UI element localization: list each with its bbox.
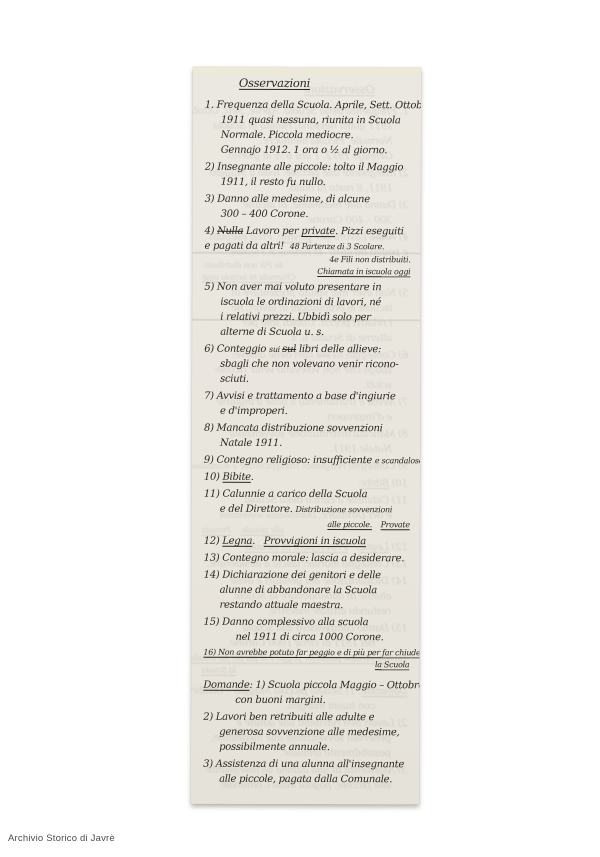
- list-item: 7) Avvisi e trattamento a base d'ingiuri…: [204, 389, 414, 420]
- handwriting-line: iscuola le ordinazioni di lavori, né: [220, 295, 414, 311]
- handwriting-line: 3) Danno alle medesime, di alcune: [205, 192, 415, 208]
- handwriting-line: 2) Lavori ben retribuiti alle adulte e: [203, 710, 413, 726]
- list-item: 1. Frequenza della Scuola. Aprile, Sett.…: [205, 98, 415, 159]
- handwriting-text: Domande: [203, 680, 249, 691]
- handwriting-text: 2) Lavori ben retribuiti alle adulte e: [203, 712, 374, 723]
- handwriting-text: 3) Assistenza di una alunna all'insegnan…: [203, 759, 404, 771]
- handwriting-line: 16) Non avrebbe potuto far peggio e di p…: [203, 647, 413, 660]
- handwriting-text: 4): [205, 226, 218, 237]
- list-item: 13) Contegno morale: lascia a desiderare…: [204, 551, 414, 567]
- handwriting-line: Normale. Piccola mediocre.: [221, 128, 415, 144]
- observations-list: 1. Frequenza della Scuola. Aprile, Sett.…: [203, 98, 414, 672]
- handwriting-line: 6) Conteggio sui sul libri delle allieve…: [204, 342, 414, 358]
- handwriting-line: e d'improperi.: [220, 404, 414, 420]
- handwriting-text: iscuola le ordinazioni di lavori, né: [220, 297, 381, 308]
- handwriting-text: Provate: [381, 520, 410, 529]
- handwriting-text: nel 1911 di circa 1000 Corone.: [235, 632, 383, 643]
- list-item: 6) Conteggio sui sul libri delle allieve…: [204, 342, 414, 388]
- handwriting-line: 4e Fili non distribuiti.: [204, 254, 414, 267]
- handwriting-text: la Scuola: [375, 660, 409, 669]
- handwriting-line: alle piccole, pagata dalla Comunale.: [219, 772, 413, 788]
- handwriting-text: i relativi prezzi. Ubbidì solo per: [220, 312, 370, 323]
- handwriting-line: la Scuola: [203, 659, 413, 672]
- list-item: 2) Insegnante alle piccole: tolto il Mag…: [205, 160, 415, 191]
- handwriting-text: sbagli che non volevano venir ricono-: [220, 359, 398, 370]
- handwriting-text: alle piccole.: [327, 520, 372, 529]
- handwriting-line: Chiamata in iscuola oggi: [204, 266, 414, 279]
- manuscript-content: Osservazioni 1. Frequenza della Scuola. …: [191, 67, 421, 790]
- handwriting-line: Gennajo 1912. 1 ora o ½ al giorno.: [221, 143, 415, 159]
- archive-watermark: Archivio Storico di Javrè: [8, 833, 115, 844]
- handwriting-line: 2) Insegnante alle piccole: tolto il Mag…: [205, 160, 415, 176]
- list-item: 3) Danno alle medesime, di alcune300 – 4…: [205, 192, 415, 223]
- handwriting-line: 5) Non aver mai voluto presentare in: [204, 280, 414, 296]
- handwriting-text: .: [251, 472, 254, 483]
- handwriting-text: Legna: [222, 536, 252, 547]
- handwriting-text: 3) Danno alle medesime, di alcune: [205, 194, 370, 205]
- handwriting-line: 9) Contegno religioso: insufficiente e s…: [204, 453, 414, 469]
- handwriting-line: possibilmente annuale.: [219, 740, 413, 756]
- handwriting-line: 11) Calunnie a carico della Scuola: [204, 487, 414, 503]
- list-item: 10) Bibite.: [204, 470, 414, 486]
- handwriting-line: nel 1911 di circa 1000 Corone.: [235, 630, 413, 645]
- handwriting-text: Lavoro per: [243, 226, 301, 237]
- handwriting-text: sciuti.: [220, 374, 249, 385]
- handwriting-text: private: [301, 226, 335, 237]
- handwriting-line: 1. Frequenza della Scuola. Aprile, Sett.…: [205, 98, 415, 114]
- handwriting-line: e pagati da altri! 48 Partenze di 3 Scol…: [204, 239, 414, 255]
- handwriting-text: 1911 quasi nessuna, riunita in Scuola: [221, 115, 401, 126]
- handwriting-text: 4e Fili non distribuiti.: [329, 255, 410, 264]
- handwriting-line: 10) Bibite.: [204, 470, 414, 486]
- handwriting-line: Natale 1911.: [220, 436, 414, 452]
- handwriting-line: i relativi prezzi. Ubbidì solo per: [220, 310, 414, 326]
- handwriting-line: 300 – 400 Corone.: [221, 207, 415, 223]
- handwriting-text: 11) Calunnie a carico della Scuola: [204, 489, 367, 500]
- handwriting-text: generosa sovvenzione alle medesime,: [219, 727, 399, 738]
- handwriting-text: sui: [269, 345, 282, 354]
- list-item: 14) Dichiarazione dei genitori e delleal…: [204, 568, 414, 614]
- list-item: 5) Non aver mai voluto presentare iniscu…: [204, 280, 414, 341]
- handwriting-text: . Pizzi eseguiti: [335, 226, 404, 237]
- handwriting-line: 7) Avvisi e trattamento a base d'ingiuri…: [204, 389, 414, 405]
- handwriting-text: Natale 1911.: [220, 438, 282, 449]
- handwriting-text: alle piccole, pagata dalla Comunale.: [219, 774, 392, 785]
- handwriting-line: 8) Mancata distribuzione sovvenzioni: [204, 421, 414, 437]
- handwriting-text: 9) Contegno religioso: insufficiente: [204, 455, 375, 466]
- handwriting-line: sbagli che non volevano venir ricono-: [220, 357, 414, 373]
- handwriting-text: possibilmente annuale.: [219, 742, 330, 753]
- handwriting-text: 7) Avvisi e trattamento a base d'ingiuri…: [204, 391, 395, 403]
- handwriting-text: 15) Danno complessivo alla scuola: [203, 617, 368, 628]
- handwriting-line: alunne di abbandonare la Scuola: [220, 583, 414, 599]
- handwriting-text: sul: [282, 344, 296, 355]
- list-item: Domande: 1) Scuola piccola Maggio – Otto…: [203, 678, 413, 709]
- handwriting-line: alterne di Scuola u. s.: [220, 325, 414, 341]
- handwriting-line: 1911, il resto fu nullo.: [221, 175, 415, 191]
- list-item: 4) Nulla Lavoro per private. Pizzi esegu…: [204, 224, 414, 279]
- handwriting-text: .: [252, 536, 264, 547]
- list-item: 16) Non avrebbe potuto far peggio e di p…: [203, 647, 413, 672]
- handwriting-line: 12) Legna. Provvigioni in iscuola: [204, 534, 414, 550]
- handwriting-text: 13) Contegno morale: lascia a desiderare…: [204, 553, 404, 565]
- handwriting-text: Normale. Piccola mediocre.: [221, 130, 354, 141]
- handwriting-text: restando attuale maestra.: [220, 600, 344, 611]
- handwriting-text: Gennajo 1912. 1 ora o ½ al giorno.: [221, 145, 387, 156]
- handwriting-line: sciuti.: [220, 372, 414, 388]
- list-item: 15) Danno complessivo alla scuolanel 191…: [203, 615, 413, 646]
- handwriting-text: 8) Mancata distribuzione sovvenzioni: [204, 423, 383, 434]
- list-item: 11) Calunnie a carico della Scuolae del …: [204, 487, 414, 533]
- handwriting-text: Chiamata in iscuola oggi: [317, 267, 410, 276]
- handwriting-line: con buoni margini.: [235, 693, 413, 708]
- list-item: 2) Lavori ben retribuiti alle adulte ege…: [203, 710, 413, 756]
- domande-list: Domande: 1) Scuola piccola Maggio – Otto…: [203, 678, 413, 788]
- handwriting-text: 48 Partenze di 3 Scolare.: [290, 242, 385, 251]
- list-item: 9) Contegno religioso: insufficiente e s…: [204, 453, 414, 469]
- handwriting-text: 10): [204, 472, 223, 483]
- handwriting-text: [372, 519, 381, 530]
- handwriting-text: Distribuzione sovvenzioni: [296, 505, 393, 514]
- handwriting-text: alunne di abbandonare la Scuola: [220, 585, 377, 596]
- handwriting-text: 6) Conteggio: [204, 344, 269, 355]
- handwriting-text: 1. Frequenza della Scuola. Aprile, Sett.…: [205, 100, 421, 112]
- handwriting-line: e del Direttore. Distribuzione sovvenzio…: [220, 502, 414, 518]
- handwriting-text: 12): [204, 536, 223, 547]
- handwriting-text: Provvigioni in iscuola: [264, 536, 366, 547]
- list-item: 8) Mancata distribuzione sovvenzioniNata…: [204, 421, 414, 452]
- handwriting-text: libri delle allieve:: [296, 344, 381, 355]
- handwriting-text: 16) Non avrebbe potuto far peggio e di p…: [203, 648, 421, 658]
- handwriting-line: generosa sovvenzione alle medesime,: [219, 725, 413, 741]
- handwriting-text: e scandaloso: [375, 456, 421, 465]
- handwriting-line: 13) Contegno morale: lascia a desiderare…: [204, 551, 414, 567]
- manuscript-paper-strip: Osservazioni 1. Frequenza della Scuola. …: [191, 67, 421, 805]
- handwriting-text: 1911, il resto fu nullo.: [221, 177, 326, 188]
- handwriting-text: 5) Non aver mai voluto presentare in: [204, 282, 381, 293]
- handwriting-line: 4) Nulla Lavoro per private. Pizzi esegu…: [205, 224, 415, 240]
- handwriting-line: 3) Assistenza di una alunna all'insegnan…: [203, 757, 413, 773]
- handwriting-line: Domande: 1) Scuola piccola Maggio – Otto…: [203, 678, 413, 694]
- handwriting-text: e pagati da altri!: [204, 241, 289, 252]
- handwriting-text: con buoni margini.: [235, 695, 325, 706]
- handwriting-text: e d'improperi.: [220, 406, 287, 417]
- handwriting-text: alterne di Scuola u. s.: [220, 327, 324, 338]
- handwriting-line: alle piccole. Provate: [204, 517, 414, 533]
- list-item: 3) Assistenza di una alunna all'insegnan…: [203, 757, 413, 788]
- handwriting-text: e del Direttore.: [220, 504, 296, 515]
- handwriting-line: 15) Danno complessivo alla scuola: [203, 615, 413, 631]
- handwriting-text: : 1) Scuola piccola Maggio – Ottobre: [249, 680, 420, 691]
- handwriting-text: 2) Insegnante alle piccole: tolto il Mag…: [205, 162, 404, 174]
- handwriting-text: 14) Dichiarazione dei genitori e delle: [204, 570, 381, 581]
- document-title: Osservazioni: [239, 76, 415, 91]
- list-item: 12) Legna. Provvigioni in iscuola: [204, 534, 414, 550]
- handwriting-line: restando attuale maestra.: [220, 598, 414, 614]
- handwriting-text: 300 – 400 Corone.: [221, 209, 309, 220]
- handwriting-text: Bibite: [222, 472, 250, 483]
- handwriting-text: Nulla: [217, 226, 243, 237]
- handwriting-line: 1911 quasi nessuna, riunita in Scuola: [221, 113, 415, 129]
- handwriting-line: 14) Dichiarazione dei genitori e delle: [204, 568, 414, 584]
